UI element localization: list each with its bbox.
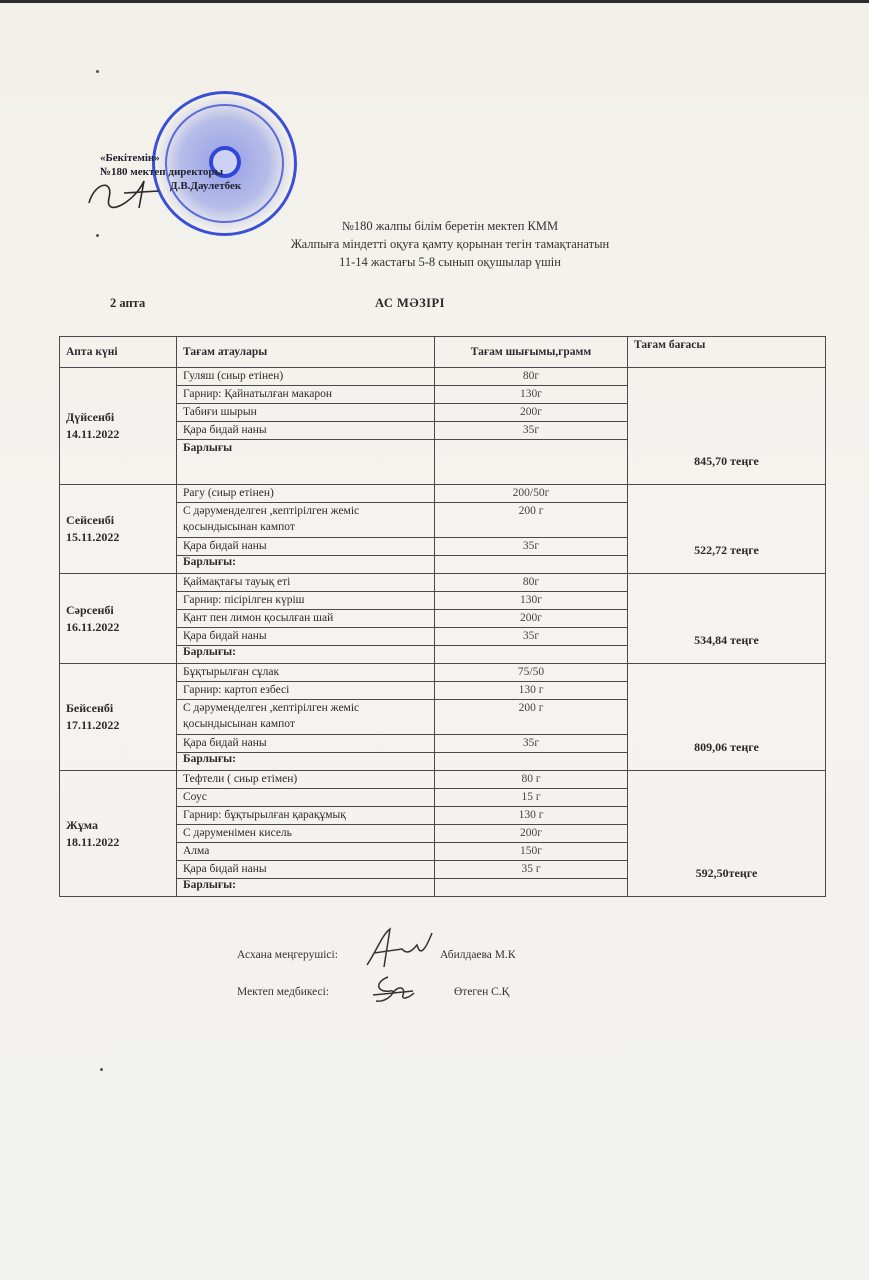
nurse-label: Мектеп медбикесі: bbox=[237, 986, 329, 998]
column-header-portion: Тағам шығымы,грамм bbox=[435, 337, 628, 368]
dish-portion: 80г bbox=[435, 368, 628, 386]
menu-table: Апта күні Тағам атаулары Тағам шығымы,гр… bbox=[59, 336, 826, 897]
day-price: 809,06 теңге bbox=[628, 664, 826, 771]
column-header-price: Тағам бағасы bbox=[628, 337, 826, 368]
day-name: Дүйсенбі bbox=[66, 409, 170, 426]
dish-name: Табиғи шырын bbox=[177, 404, 435, 422]
dish-name: Қара бидай наны bbox=[177, 422, 435, 440]
dish-portion: 200г bbox=[435, 610, 628, 628]
dish-portion: 130г bbox=[435, 386, 628, 404]
dish-name: Бұқтырылған сұлак bbox=[177, 664, 435, 682]
day-cell: Сейсенбі15.11.2022 bbox=[60, 485, 177, 574]
dish-portion: 150г bbox=[435, 843, 628, 861]
day-date: 16.11.2022 bbox=[66, 619, 170, 636]
total-label: Барлығы: bbox=[177, 556, 435, 574]
dish-name: Соус bbox=[177, 789, 435, 807]
day-date: 17.11.2022 bbox=[66, 717, 170, 734]
total-portion-empty bbox=[435, 879, 628, 897]
punch-dot bbox=[100, 1068, 103, 1071]
dish-portion: 200/50г bbox=[435, 485, 628, 503]
column-header-dish: Тағам атаулары bbox=[177, 337, 435, 368]
dish-portion: 200г bbox=[435, 404, 628, 422]
dish-portion: 200г bbox=[435, 825, 628, 843]
dish-name: С дәруменделген ,кептірілген жеміс қосын… bbox=[177, 503, 435, 538]
dish-name: Қара бидай наны bbox=[177, 628, 435, 646]
total-portion-empty bbox=[435, 556, 628, 574]
dish-name: Қара бидай наны bbox=[177, 538, 435, 556]
document-page: «Бекітемін» №180 мектеп директоры Д.В.Да… bbox=[0, 0, 869, 1280]
day-date: 14.11.2022 bbox=[66, 426, 170, 443]
dish-name: Рагу (сиыр етінен) bbox=[177, 485, 435, 503]
dish-portion: 35 г bbox=[435, 861, 628, 879]
dish-name: Гарнир: Қайнатылған макарон bbox=[177, 386, 435, 404]
table-row: Бейсенбі17.11.2022Бұқтырылған сұлак75/50… bbox=[60, 664, 826, 682]
dish-name: Қара бидай наны bbox=[177, 861, 435, 879]
dish-portion: 130г bbox=[435, 592, 628, 610]
column-header-day: Апта күні bbox=[60, 337, 177, 368]
dish-name: Қаймақтағы тауық еті bbox=[177, 574, 435, 592]
total-label: Барлығы bbox=[177, 440, 435, 485]
day-price: 592,50теңге bbox=[628, 771, 826, 897]
kitchen-manager-name: Абилдаева М.К bbox=[440, 949, 516, 961]
day-date: 18.11.2022 bbox=[66, 834, 170, 851]
dish-portion: 200 г bbox=[435, 700, 628, 735]
table-row: Сәрсенбі16.11.2022Қаймақтағы тауық еті80… bbox=[60, 574, 826, 592]
day-date: 15.11.2022 bbox=[66, 529, 170, 546]
dish-name: Гарнир: картоп езбесі bbox=[177, 682, 435, 700]
punch-dot bbox=[96, 70, 99, 73]
day-name: Сәрсенбі bbox=[66, 602, 170, 619]
dish-name: Қант пен лимон қосылған шай bbox=[177, 610, 435, 628]
total-portion-empty bbox=[435, 440, 628, 485]
day-price: 845,70 теңге bbox=[628, 368, 826, 485]
day-price: 534,84 теңге bbox=[628, 574, 826, 664]
dish-portion: 80 г bbox=[435, 771, 628, 789]
day-price: 522,72 теңге bbox=[628, 485, 826, 574]
dish-portion: 35г bbox=[435, 735, 628, 753]
dish-portion: 35г bbox=[435, 628, 628, 646]
header-line-2: Жалпыға міндетті оқуға қамту қорынан тег… bbox=[230, 235, 670, 253]
dish-portion: 130 г bbox=[435, 682, 628, 700]
dish-portion: 35г bbox=[435, 422, 628, 440]
day-name: Сейсенбі bbox=[66, 512, 170, 529]
dish-portion: 75/50 bbox=[435, 664, 628, 682]
kitchen-manager-signature-icon bbox=[362, 925, 437, 970]
header-line-3: 11-14 жастағы 5-8 сынып оқушылар үшін bbox=[230, 253, 670, 271]
day-name: Жұма bbox=[66, 817, 170, 834]
table-row: Сейсенбі15.11.2022Рагу (сиыр етінен)200/… bbox=[60, 485, 826, 503]
dish-portion: 130 г bbox=[435, 807, 628, 825]
total-portion-empty bbox=[435, 753, 628, 771]
dish-portion: 80г bbox=[435, 574, 628, 592]
dish-portion: 35г bbox=[435, 538, 628, 556]
day-name: Бейсенбі bbox=[66, 700, 170, 717]
week-label: 2 апта bbox=[110, 296, 145, 311]
total-label: Барлығы: bbox=[177, 753, 435, 771]
dish-name: Тефтели ( сиыр етімен) bbox=[177, 771, 435, 789]
dish-portion: 200 г bbox=[435, 503, 628, 538]
day-cell: Сәрсенбі16.11.2022 bbox=[60, 574, 177, 664]
total-label: Барлығы: bbox=[177, 879, 435, 897]
table-row: Жұма18.11.2022Тефтели ( сиыр етімен)80 г… bbox=[60, 771, 826, 789]
dish-name: Гарнир: пісірілген күріш bbox=[177, 592, 435, 610]
director-signature-icon bbox=[84, 173, 164, 213]
dish-name: Гуляш (сиыр етінен) bbox=[177, 368, 435, 386]
menu-title: АС МӘЗІРІ bbox=[375, 296, 445, 311]
dish-name: Қара бидай наны bbox=[177, 735, 435, 753]
dish-name: Гарнир: бұқтырылған қарақұмық bbox=[177, 807, 435, 825]
dish-portion: 15 г bbox=[435, 789, 628, 807]
document-header: №180 жалпы білім беретін мектеп КММ Жалп… bbox=[230, 217, 670, 271]
nurse-name: Өтеген С.Қ bbox=[454, 986, 509, 998]
table-header-row: Апта күні Тағам атаулары Тағам шығымы,гр… bbox=[60, 337, 826, 368]
kitchen-manager-label: Асхана меңгерушісі: bbox=[237, 949, 338, 961]
total-label: Барлығы: bbox=[177, 646, 435, 664]
table-row: Дүйсенбі14.11.2022Гуляш (сиыр етінен)80г… bbox=[60, 368, 826, 386]
dish-name: С дәруменімен кисель bbox=[177, 825, 435, 843]
approval-line-1: «Бекітемін» bbox=[100, 151, 241, 165]
day-cell: Жұма18.11.2022 bbox=[60, 771, 177, 897]
dish-name: С дәруменделген ,кептірілген жеміс қосын… bbox=[177, 700, 435, 735]
day-cell: Дүйсенбі14.11.2022 bbox=[60, 368, 177, 485]
dish-name: Алма bbox=[177, 843, 435, 861]
total-portion-empty bbox=[435, 646, 628, 664]
punch-dot bbox=[96, 234, 99, 237]
nurse-signature-icon bbox=[368, 973, 418, 1008]
day-cell: Бейсенбі17.11.2022 bbox=[60, 664, 177, 771]
header-line-1: №180 жалпы білім беретін мектеп КММ bbox=[230, 217, 670, 235]
